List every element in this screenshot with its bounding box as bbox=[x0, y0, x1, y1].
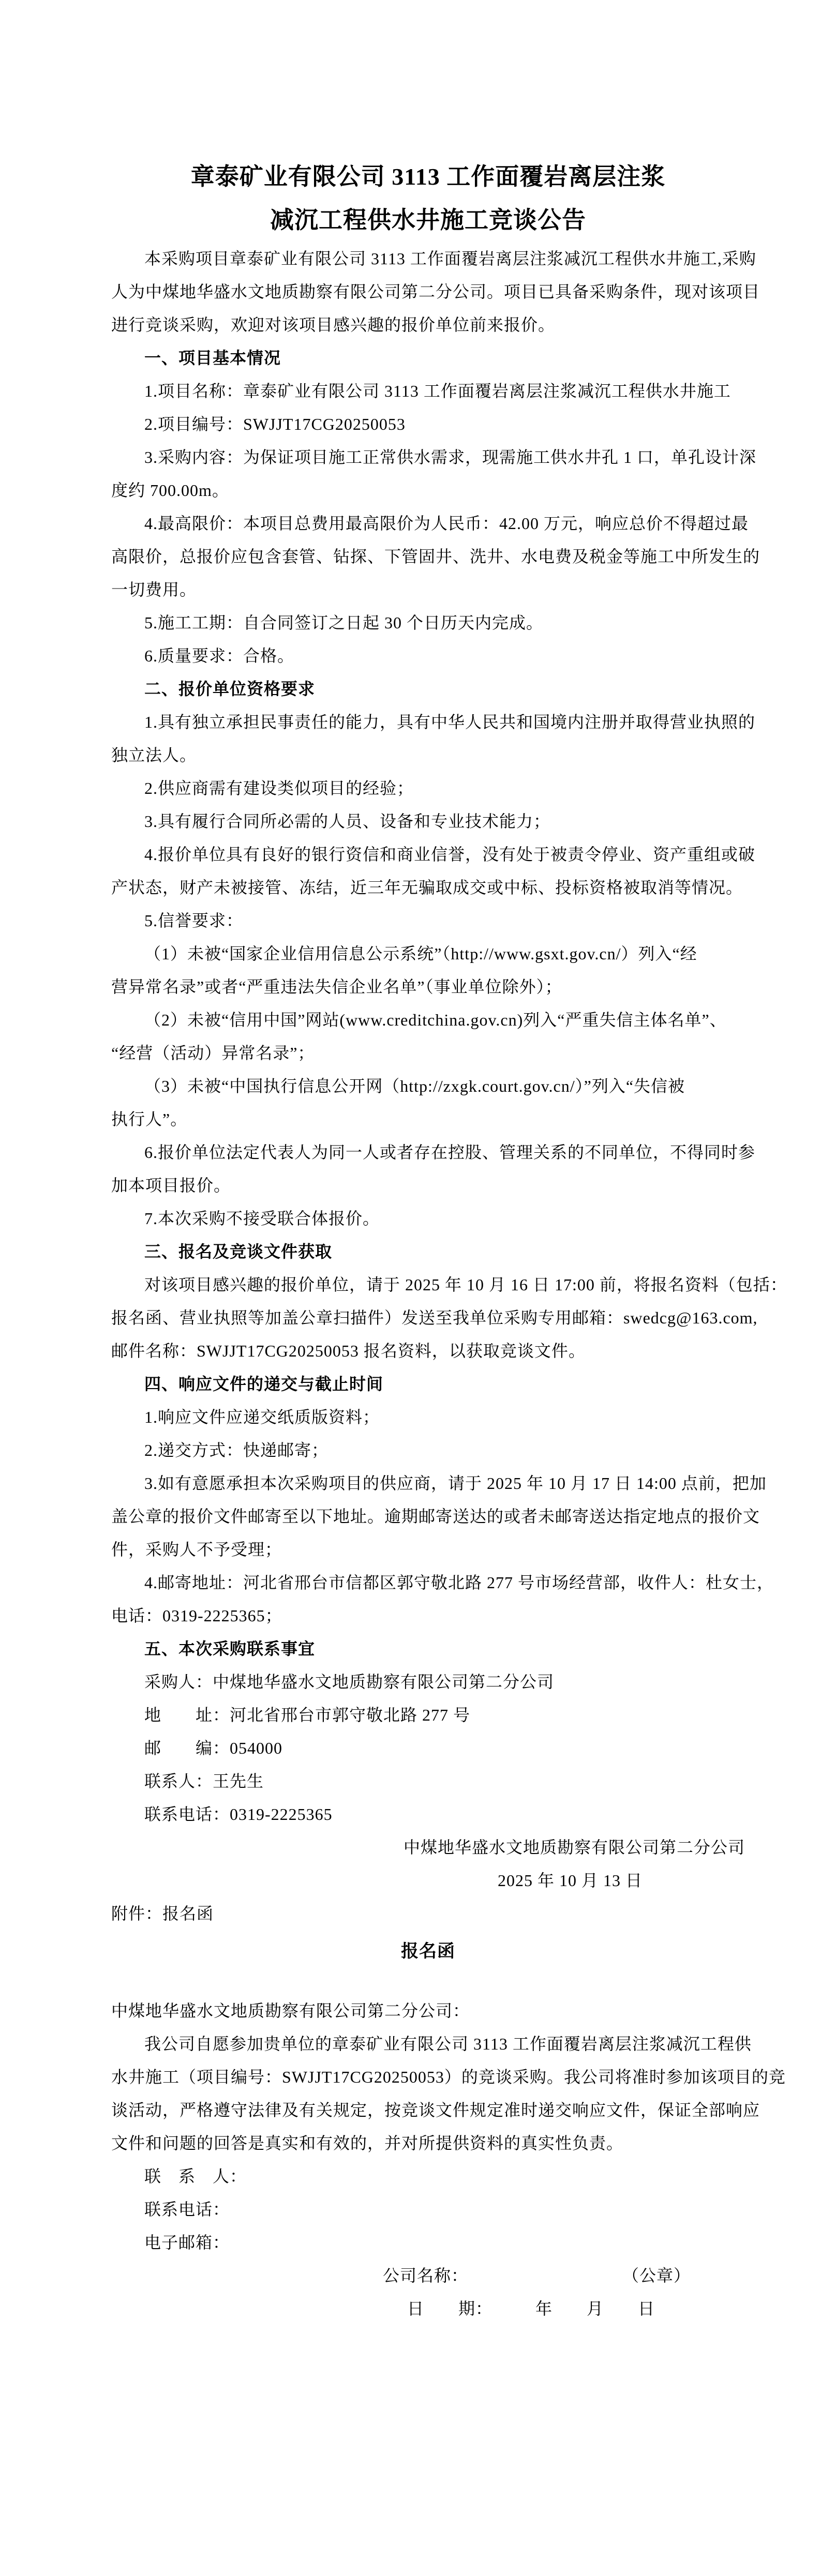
issuer-company-name: 中煤地华盛水文地质勘察有限公司第二分公司 bbox=[0, 1831, 821, 1864]
text-line: 报名函、营业执照等加盖公章扫描件）发送至我单位采购专用邮箱：swedcg@163… bbox=[0, 1301, 821, 1334]
text-line: 营异常名录”或者“严重违法失信企业名单”（事业单位除外）； bbox=[0, 970, 821, 1003]
announcement-document-page: 章泰矿业有限公司 3113 工作面覆岩离层注浆减沉工程供水井施工竞谈公告本采购项… bbox=[0, 0, 821, 2576]
text-line: 进行竞谈采购，欢迎对该项目感兴趣的报价单位前来报价。 bbox=[0, 308, 821, 341]
block-footer-date: 章泰矿业有限公司 3113 工作面覆岩离层注浆减沉工程供水井施工竞谈公告本采购项… bbox=[0, 155, 821, 2325]
block-heading: 章泰矿业有限公司 3113 工作面覆岩离层注浆减沉工程供水井施工竞谈公告本采购项… bbox=[0, 155, 821, 1268]
announcement-title-line: 减沉工程供水井施工竞谈公告 bbox=[0, 199, 821, 242]
block-para: 章泰矿业有限公司 3113 工作面覆岩离层注浆减沉工程供水井施工竞谈公告本采购项… bbox=[0, 155, 821, 2160]
letter-salutation: 中煤地华盛水文地质勘察有限公司第二分公司： bbox=[0, 1994, 821, 2027]
text-line: 4.邮寄地址：河北省邢台市信都区郭守敬北路 277 号市场经营部，收件人：杜女士… bbox=[0, 1566, 821, 1599]
block-item: 章泰矿业有限公司 3113 工作面覆岩离层注浆减沉工程供水井施工竞谈公告本采购项… bbox=[0, 155, 821, 1632]
block-item: 章泰矿业有限公司 3113 工作面覆岩离层注浆减沉工程供水井施工竞谈公告本采购项… bbox=[0, 155, 821, 805]
text-line: 产状态，财产未被接管、冻结，近三年无骗取成交或中标、投标资格被取消等情况。 bbox=[0, 871, 821, 904]
block-heading: 章泰矿业有限公司 3113 工作面覆岩离层注浆减沉工程供水井施工竞谈公告本采购项… bbox=[0, 155, 821, 705]
block-item: 章泰矿业有限公司 3113 工作面覆岩离层注浆减沉工程供水井施工竞谈公告本采购项… bbox=[0, 155, 821, 1069]
document-lines: 章泰矿业有限公司 3113 工作面覆岩离层注浆减沉工程供水井施工竞谈公告本采购项… bbox=[0, 155, 821, 2325]
text-line: 邮件名称：SWJJT17CG20250053 报名资料，以获取竞谈文件。 bbox=[0, 1334, 821, 1367]
block-sign-date: 章泰矿业有限公司 3113 工作面覆岩离层注浆减沉工程供水井施工竞谈公告本采购项… bbox=[0, 155, 821, 1897]
section-heading: 五、本次采购联系事宜 bbox=[0, 1632, 821, 1665]
text-line: 水井施工（项目编号：SWJJT17CG20250053）的竞谈采购。我公司将准时… bbox=[0, 2060, 821, 2093]
text-line: 6.报价单位法定代表人为同一人或者存在控股、管理关系的不同单位，不得同时参 bbox=[0, 1136, 821, 1169]
text-line: 一切费用。 bbox=[0, 573, 821, 606]
text-line: 人为中煤地华盛水文地质勘察有限公司第二分公司。项目已具备采购条件，现对该项目 bbox=[0, 275, 821, 308]
letter-title: 报名函 bbox=[0, 1930, 821, 1974]
section-heading: 二、报价单位资格要求 bbox=[0, 672, 821, 705]
text-line: 1.响应文件应递交纸质版资料； bbox=[0, 1400, 821, 1434]
block-heading: 章泰矿业有限公司 3113 工作面覆岩离层注浆减沉工程供水井施工竞谈公告本采购项… bbox=[0, 155, 821, 1665]
text-line: 地 址：河北省邢台市郭守敬北路 277 号 bbox=[0, 1698, 821, 1731]
block-item: 章泰矿业有限公司 3113 工作面覆岩离层注浆减沉工程供水井施工竞谈公告本采购项… bbox=[0, 155, 821, 1202]
block-letter-title: 章泰矿业有限公司 3113 工作面覆岩离层注浆减沉工程供水井施工竞谈公告本采购项… bbox=[0, 155, 821, 1974]
text-line: 对该项目感兴趣的报价单位，请于 2025 年 10 月 16 日 17:00 前… bbox=[0, 1268, 821, 1301]
announcement-title-line: 章泰矿业有限公司 3113 工作面覆岩离层注浆 bbox=[0, 155, 821, 199]
block-item: 章泰矿业有限公司 3113 工作面覆岩离层注浆减沉工程供水井施工竞谈公告本采购项… bbox=[0, 155, 821, 507]
text-line: 3.采购内容：为保证项目施工正常供水需求，现需施工供水井孔 1 口，单孔设计深 bbox=[0, 441, 821, 474]
block-item: 章泰矿业有限公司 3113 工作面覆岩离层注浆减沉工程供水井施工竞谈公告本采购项… bbox=[0, 155, 821, 606]
block-item: 章泰矿业有限公司 3113 工作面覆岩离层注浆减沉工程供水井施工竞谈公告本采购项… bbox=[0, 155, 821, 408]
text-line: 3.如有意愿承担本次采购项目的供应商，请于 2025 年 10 月 17 日 1… bbox=[0, 1467, 821, 1500]
block-item: 章泰矿业有限公司 3113 工作面覆岩离层注浆减沉工程供水井施工竞谈公告本采购项… bbox=[0, 155, 821, 1467]
text-line: “经营（活动）异常名录”； bbox=[0, 1036, 821, 1069]
text-line: （3）未被“中国执行信息公开网（http://zxgk.court.gov.cn… bbox=[0, 1069, 821, 1103]
block-item: 章泰矿业有限公司 3113 工作面覆岩离层注浆减沉工程供水井施工竞谈公告本采购项… bbox=[0, 155, 821, 772]
text-line: 电子邮箱： bbox=[0, 2226, 821, 2259]
section-heading: 四、响应文件的递交与截止时间 bbox=[0, 1367, 821, 1400]
text-line: 6.质量要求：合格。 bbox=[0, 639, 821, 672]
block-item: 章泰矿业有限公司 3113 工作面覆岩离层注浆减沉工程供水井施工竞谈公告本采购项… bbox=[0, 155, 821, 1731]
block-item: 章泰矿业有限公司 3113 工作面覆岩离层注浆减沉工程供水井施工竞谈公告本采购项… bbox=[0, 155, 821, 1765]
issue-date: 2025 年 10 月 13 日 bbox=[0, 1864, 821, 1897]
text-line: 我公司自愿参加贵单位的章泰矿业有限公司 3113 工作面覆岩离层注浆减沉工程供 bbox=[0, 2027, 821, 2060]
block-item: 章泰矿业有限公司 3113 工作面覆岩离层注浆减沉工程供水井施工竞谈公告本采购项… bbox=[0, 155, 821, 1003]
block-para: 章泰矿业有限公司 3113 工作面覆岩离层注浆减沉工程供水井施工竞谈公告本采购项… bbox=[0, 155, 821, 1367]
text-line: 7.本次采购不接受联合体报价。 bbox=[0, 1202, 821, 1235]
text-line: 5.施工工期：自合同签订之日起 30 个日历天内完成。 bbox=[0, 606, 821, 639]
block-item: 章泰矿业有限公司 3113 工作面覆岩离层注浆减沉工程供水井施工竞谈公告本采购项… bbox=[0, 155, 821, 2259]
text-line: 联 系 人： bbox=[0, 2160, 821, 2193]
block-item: 章泰矿业有限公司 3113 工作面覆岩离层注浆减沉工程供水井施工竞谈公告本采购项… bbox=[0, 155, 821, 1798]
text-line: 2.递交方式：快递邮寄； bbox=[0, 1434, 821, 1467]
text-line: 本采购项目章泰矿业有限公司 3113 工作面覆岩离层注浆减沉工程供水井施工,采购 bbox=[0, 242, 821, 275]
text-line: 联系人：王先生 bbox=[0, 1765, 821, 1798]
text-line: 件，采购人不予受理； bbox=[0, 1533, 821, 1566]
block-item: 章泰矿业有限公司 3113 工作面覆岩离层注浆减沉工程供水井施工竞谈公告本采购项… bbox=[0, 155, 821, 904]
text-line: 独立法人。 bbox=[0, 739, 821, 772]
text-line: 2.项目编号：SWJJT17CG20250053 bbox=[0, 408, 821, 441]
block-title: 章泰矿业有限公司 3113 工作面覆岩离层注浆减沉工程供水井施工竞谈公告 bbox=[0, 155, 821, 242]
text-line: 谈活动，严格遵守法律及有关规定，按竞谈文件规定准时递交响应文件，保证全部响应 bbox=[0, 2093, 821, 2127]
block-sign-name: 章泰矿业有限公司 3113 工作面覆岩离层注浆减沉工程供水井施工竞谈公告本采购项… bbox=[0, 155, 821, 1864]
text-line: 2.供应商需有建设类似项目的经验； bbox=[0, 772, 821, 805]
block-item: 章泰矿业有限公司 3113 工作面覆岩离层注浆减沉工程供水井施工竞谈公告本采购项… bbox=[0, 155, 821, 1434]
block-item: 章泰矿业有限公司 3113 工作面覆岩离层注浆减沉工程供水井施工竞谈公告本采购项… bbox=[0, 155, 821, 639]
block-item: 章泰矿业有限公司 3113 工作面覆岩离层注浆减沉工程供水井施工竞谈公告本采购项… bbox=[0, 155, 821, 672]
text-line: （2）未被“信用中国”网站(www.creditchina.gov.cn)列入“… bbox=[0, 1003, 821, 1036]
block-item: 章泰矿业有限公司 3113 工作面覆岩离层注浆减沉工程供水井施工竞谈公告本采购项… bbox=[0, 155, 821, 1698]
block-item: 章泰矿业有限公司 3113 工作面覆岩离层注浆减沉工程供水井施工竞谈公告本采购项… bbox=[0, 155, 821, 937]
block-heading: 章泰矿业有限公司 3113 工作面覆岩离层注浆减沉工程供水井施工竞谈公告本采购项… bbox=[0, 155, 821, 1400]
text-line: 1.具有独立承担民事责任的能力，具有中华人民共和国境内注册并取得营业执照的 bbox=[0, 705, 821, 739]
block-footer-company: 章泰矿业有限公司 3113 工作面覆岩离层注浆减沉工程供水井施工竞谈公告本采购项… bbox=[0, 155, 821, 2292]
attachment-note: 附件：报名函 bbox=[0, 1897, 821, 1930]
text-line: 邮 编：054000 bbox=[0, 1731, 821, 1765]
block-item: 章泰矿业有限公司 3113 工作面覆岩离层注浆减沉工程供水井施工竞谈公告本采购项… bbox=[0, 155, 821, 1136]
block-heading: 章泰矿业有限公司 3113 工作面覆岩离层注浆减沉工程供水井施工竞谈公告本采购项… bbox=[0, 155, 821, 374]
text-line: 加本项目报价。 bbox=[0, 1169, 821, 1202]
text-line: 执行人”。 bbox=[0, 1103, 821, 1136]
section-heading: 三、报名及竞谈文件获取 bbox=[0, 1235, 821, 1268]
text-line: 4.最高限价：本项目总费用最高限价为人民币：42.00 万元，响应总价不得超过最 bbox=[0, 507, 821, 540]
text-line: （1）未被“国家企业信用信息公示系统”（http://www.gsxt.gov.… bbox=[0, 937, 821, 970]
block-item: 章泰矿业有限公司 3113 工作面覆岩离层注浆减沉工程供水井施工竞谈公告本采购项… bbox=[0, 155, 821, 2226]
text-line: 盖公章的报价文件邮寄至以下地址。逾期邮寄送达的或者未邮寄送达指定地点的报价文 bbox=[0, 1500, 821, 1533]
block-item: 章泰矿业有限公司 3113 工作面覆岩离层注浆减沉工程供水井施工竞谈公告本采购项… bbox=[0, 155, 821, 838]
block-salutation: 章泰矿业有限公司 3113 工作面覆岩离层注浆减沉工程供水井施工竞谈公告本采购项… bbox=[0, 155, 821, 2027]
text-line: 1.项目名称：章泰矿业有限公司 3113 工作面覆岩离层注浆减沉工程供水井施工 bbox=[0, 374, 821, 408]
text-line: 4.报价单位具有良好的银行资信和商业信誉，没有处于被责令停业、资产重组或破 bbox=[0, 838, 821, 871]
block-attachment: 章泰矿业有限公司 3113 工作面覆岩离层注浆减沉工程供水井施工竞谈公告本采购项… bbox=[0, 155, 821, 1930]
text-line: 度约 700.00m。 bbox=[0, 474, 821, 507]
text-line: 联系电话：0319-2225365 bbox=[0, 1798, 821, 1831]
text-line: 文件和问题的回答是真实和有效的，并对所提供资料的真实性负责。 bbox=[0, 2127, 821, 2160]
text-line: 高限价，总报价应包含套管、钻探、下管固井、洗井、水电费及税金等施工中所发生的 bbox=[0, 540, 821, 573]
block-item: 章泰矿业有限公司 3113 工作面覆岩离层注浆减沉工程供水井施工竞谈公告本采购项… bbox=[0, 155, 821, 1831]
date-blank-line: 日 期： 年 月 日 bbox=[0, 2292, 821, 2325]
block-item: 章泰矿业有限公司 3113 工作面覆岩离层注浆减沉工程供水井施工竞谈公告本采购项… bbox=[0, 155, 821, 1566]
block-item: 章泰矿业有限公司 3113 工作面覆岩离层注浆减沉工程供水井施工竞谈公告本采购项… bbox=[0, 155, 821, 441]
company-name-blank-line: 公司名称： （公章） bbox=[0, 2259, 821, 2292]
text-line: 电话：0319-2225365； bbox=[0, 1599, 821, 1632]
block-item: 章泰矿业有限公司 3113 工作面覆岩离层注浆减沉工程供水井施工竞谈公告本采购项… bbox=[0, 155, 821, 1235]
block-item: 章泰矿业有限公司 3113 工作面覆岩离层注浆减沉工程供水井施工竞谈公告本采购项… bbox=[0, 155, 821, 2193]
text-line: 5.信誉要求： bbox=[0, 904, 821, 937]
text-line: 采购人：中煤地华盛水文地质勘察有限公司第二分公司 bbox=[0, 1665, 821, 1698]
text-line: 联系电话： bbox=[0, 2193, 821, 2226]
block-para: 章泰矿业有限公司 3113 工作面覆岩离层注浆减沉工程供水井施工竞谈公告本采购项… bbox=[0, 155, 821, 341]
text-line: 3.具有履行合同所必需的人员、设备和专业技术能力； bbox=[0, 805, 821, 838]
section-heading: 一、项目基本情况 bbox=[0, 341, 821, 374]
